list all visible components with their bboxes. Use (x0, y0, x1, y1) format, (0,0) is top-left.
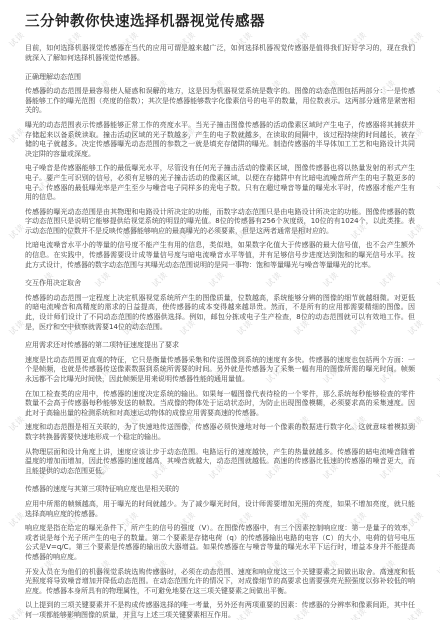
paragraph: 比暗电流噪音水平小的等量的信号度不能产生有用的信息，类似地，如果数字化值大于传感… (25, 241, 415, 270)
paragraph: 开发人员在为他们的机器视觉系统选购传感器时，必须在动态范围、速度和响应度这三个关… (25, 568, 415, 597)
document-content: 三分钟教你快速选择机器视觉传感器 目前，如何选择机器视觉传感器在当代的应用可谓是… (0, 0, 440, 620)
paragraph: 以上提到的三项关键要素并不是构成传感器选择的唯一考量，另外还有两项重要的因素：传… (25, 601, 415, 620)
section-heading: 传感器的速度与其第三项特征响应度也是相关联的 (25, 485, 415, 495)
paragraph: 曝光的动态范围表示传感器能够正常工作的亮度水平。当光子撞击图像传感器的活动像素区… (25, 121, 415, 159)
paragraph: 响应度是指在给定的曝光条件下，所产生的信号的强度（V）。在图像传感器中，有三个因… (25, 524, 415, 562)
paragraph: 应用中所需的帧频越高，用于曝光的时间就越少。为了减少曝光时间，设计师需要增加光照… (25, 500, 415, 519)
section-speed: 应用需求还对传感器的第二项特征速度提出了要求 速度是比动态范围更直观的特征，它只… (25, 341, 415, 476)
paragraph: 速度是比动态范围更直观的特征，它只是衡量传感器采集和传送图像到系统的速度有多快。… (25, 356, 415, 385)
paragraph: 传感器的动态范围是最容易使人疑惑和误解的地方，这是因为机器视觉系统是数字的。图像… (25, 87, 415, 116)
section-heading: 交互作用决定取舍 (25, 279, 415, 289)
section-tradeoffs: 交互作用决定取舍 传感器的动态范围一定程度上决定机器视觉系统所产生的图像质量，位… (25, 279, 415, 332)
section-heading: 正确理解动态范围 (25, 73, 415, 83)
intro-paragraph: 目前，如何选择机器视觉传感器在当代的应用可谓是越来越广泛，如何选择机器视觉传感器… (25, 44, 415, 63)
paragraph: 传感器的曝光动态范围是由其物理和电路设计所决定的功能，而数字动态范围只是由电路设… (25, 208, 415, 237)
paragraph: 传感器的动态范围一定程度上决定机器视觉系统所产生的图像质量，位数越高，系统能够分… (25, 294, 415, 332)
section-dynamic-range: 正确理解动态范围 传感器的动态范围是最容易使人疑惑和误解的地方，这是因为机器视觉… (25, 73, 415, 271)
document-page: 试读试读试读试读试读试读试读试读试读试读试读试读试读试读试读试读试读试读试读试读… (0, 0, 440, 620)
paragraph: 从物理层面和设计角度上讲，速度应该让步于动态范围。电路运行的速度越快，产生的热量… (25, 448, 415, 477)
page-title: 三分钟教你快速选择机器视觉传感器 (25, 14, 415, 31)
paragraph: 速度和动态范围是相互关联的，为了快速地传送图像，传感器必须快速地对每一个像素的数… (25, 423, 415, 442)
section-heading: 应用需求还对传感器的第二项特征速度提出了要求 (25, 341, 415, 351)
paragraph: 电子噪音是传感器能够工作的最低曝光水平，尽管没有任何光子撞击活动的像素区域，图像… (25, 164, 415, 202)
paragraph: 在加工检查类的应用中，传感器的速度决定系统的输出。如果每一幅图像代表待检的一个零… (25, 390, 415, 419)
section-responsivity: 传感器的速度与其第三项特征响应度也是相关联的 应用中所需的帧频越高，用于曝光的时… (25, 485, 415, 620)
